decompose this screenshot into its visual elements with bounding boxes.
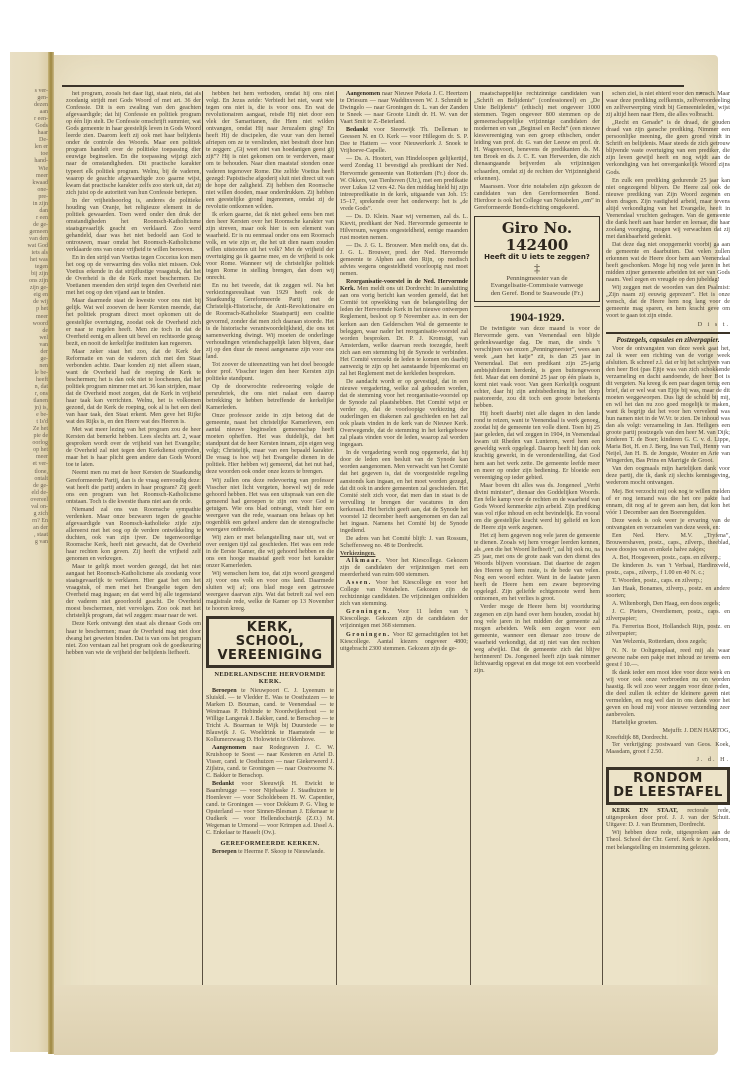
stamps-article: Voor de ontvangsten van deze week gaat h… bbox=[606, 346, 730, 727]
paragraph: En in den strijd van Voetius tegen Cocce… bbox=[66, 255, 201, 297]
paragraph: Maar te gelijk moet worden gezegd, dat h… bbox=[66, 564, 201, 620]
fragment: eld de- bbox=[12, 490, 48, 497]
jubilee-article-title: 1904-1929. bbox=[474, 310, 600, 324]
initials-signature: J. d. H. bbox=[606, 757, 730, 764]
divider bbox=[474, 306, 600, 307]
giro-line-3: den Geref. Bond te Suawoude (Fr.) bbox=[477, 290, 597, 298]
fragment: iets als bbox=[12, 250, 48, 257]
fragment: meer bbox=[12, 454, 48, 461]
column-rule bbox=[602, 91, 603, 1011]
paragraph: Verder moge de Heere hem bij voortduring… bbox=[474, 604, 600, 674]
newspaper-page: het program, zooals het daar ligt, staat… bbox=[54, 55, 718, 1055]
paragraph: A. Wiltenborgh, Den Haag, een doos zegel… bbox=[606, 601, 730, 608]
paragraph: A. Bot, Hoogeveen, postz., caps. en zilv… bbox=[606, 555, 730, 562]
church-news-paragraphs: — Ds. A. Hootert, van Hindeloopen gelijk… bbox=[340, 156, 468, 278]
fragment: het was bbox=[12, 257, 48, 264]
fragment: van den bbox=[12, 236, 48, 243]
fragment: g van bbox=[12, 539, 48, 546]
fragment: e be- bbox=[12, 412, 48, 419]
paragraph: Deze week is ook weer je ervaring van de… bbox=[606, 518, 730, 532]
paragraph: Wij zeggen met de woorden van den Psalmi… bbox=[606, 285, 730, 320]
paragraph: N. N. te Ooltgensplaat, reed mij als waa… bbox=[606, 648, 730, 669]
signature-address: Kreeftdijk 88, Dordrecht. bbox=[606, 735, 730, 742]
fragment: Wie bbox=[12, 166, 48, 173]
paragraph: De kinderen Js. van 't Verbaal, Hardinxv… bbox=[606, 563, 730, 577]
fragment: overeel bbox=[12, 497, 48, 504]
fragment: bij zijn bbox=[12, 271, 48, 278]
item-label: Groningen. bbox=[346, 609, 391, 615]
paragraph: Ik dank ieder een mooi idee voor deze we… bbox=[606, 670, 730, 719]
paragraph: Neemt men nu met de heer Kersten de Staa… bbox=[66, 470, 201, 505]
fragment: de ge- bbox=[12, 222, 48, 229]
paragraph: Met wat meer lezing van het program zou … bbox=[66, 427, 201, 469]
fragment: woord bbox=[12, 321, 48, 328]
author-signature: D i s t. bbox=[606, 322, 730, 329]
fragment: jn) is, bbox=[12, 405, 48, 412]
paragraph: Wij zullen ons deze redevoering van prof… bbox=[206, 478, 334, 534]
fragment: heeft bbox=[12, 377, 48, 384]
news-item: Aangenomen naar Rodegraven J. C. W. Krui… bbox=[206, 745, 334, 780]
item-label: Alkmaar. bbox=[346, 558, 382, 564]
elections-heading: Verkiezingen. bbox=[340, 551, 468, 558]
fragment: dan bbox=[12, 208, 48, 215]
fragment: p het bbox=[12, 306, 48, 313]
item-text: te Heerme F. Skoop te Nieuwlande. bbox=[237, 849, 325, 855]
fragment: de bbox=[12, 328, 48, 335]
paragraph: Het zij hem gegeven nog vele jaren de ge… bbox=[474, 533, 600, 603]
item-label: Aangenomen bbox=[346, 91, 380, 97]
page-bottom-margin bbox=[54, 985, 718, 1055]
fragment: len er bbox=[12, 144, 48, 151]
fragment: r een bbox=[12, 215, 48, 222]
paragraph: Jan Haak, Bonames, zilverp., postz. en a… bbox=[606, 586, 730, 600]
fragment: r een- bbox=[12, 116, 48, 123]
paragraph: het program, zooals het daar ligt, staat… bbox=[66, 91, 201, 197]
paragraph: Maar daarmede staat de kwestie voor ons … bbox=[66, 298, 201, 347]
paragraph: schen ziel, is niet ehterd voor den mens… bbox=[606, 91, 730, 119]
fragment: pre- bbox=[12, 194, 48, 201]
paragraph: Voor de ontvangsten van deze week gaat h… bbox=[606, 346, 730, 466]
fragment: zijn ge- bbox=[12, 285, 48, 292]
paragraph: Van Welzenis, Rotterdam, doos zegels; bbox=[606, 639, 730, 646]
paragraph: — Ds. J. G. L. Brouwer. Men meldt ons, d… bbox=[340, 243, 468, 278]
fragment: oorlog bbox=[12, 440, 48, 447]
fragment: r, ons bbox=[12, 391, 48, 398]
section-head-hervormde: NEDERLANDSCHE HERVORMDE KERK. bbox=[206, 671, 334, 685]
hervormde-kerk-news: Beroepen te Nieuwpoort C. J. Lyeenum te … bbox=[206, 688, 334, 838]
fragment: Gods bbox=[12, 123, 48, 130]
fragment: der bbox=[12, 349, 48, 356]
fragment: de wij bbox=[12, 299, 48, 306]
fragment: aan bbox=[12, 109, 48, 116]
fragment: wel bbox=[12, 335, 48, 342]
previous-page-text-fragments: s ver-gen-dezenaanr een-GodshaarDe-len e… bbox=[12, 88, 48, 1048]
fragment: meer bbox=[12, 173, 48, 180]
fragment: an der bbox=[12, 525, 48, 532]
column-rule bbox=[470, 91, 471, 1011]
book-title: KERK EN STAAT, bbox=[612, 808, 678, 814]
fragment: s ver- bbox=[12, 88, 48, 95]
fragment: n, dat bbox=[12, 384, 48, 391]
item-text: voor Sleeuwijk H. Ewickt te Baambrugge —… bbox=[206, 781, 334, 836]
paragraph: — Ds. D. Klein. Naar wij vernemen, zal d… bbox=[340, 214, 468, 242]
paragraph: En nu het tweede, dat ik zeggen wil. Na … bbox=[206, 283, 334, 361]
fragment: op het bbox=[12, 447, 48, 454]
item-label: Aangenomen bbox=[212, 745, 246, 751]
rondom-de-leestafel-banner: RONDOM DE LEESTAFEL bbox=[606, 767, 730, 805]
news-item: Groningen. Voor 82 gemachtigden tot het … bbox=[340, 632, 468, 653]
fragment: toe bbox=[12, 151, 48, 158]
paragraph: Tot zoover de uiteenzetting van het doel… bbox=[206, 362, 334, 383]
fragment: De- bbox=[12, 137, 48, 144]
news-item: Aangenomen naar Nieuwe Pekela J. C. Heer… bbox=[340, 91, 468, 126]
giro-number: Giro No. 142400 bbox=[477, 220, 597, 254]
paragraph: Fa. Ferrerius Boot, Hollandsch Rijn, pos… bbox=[606, 624, 730, 638]
book-review: KERK EN STAAT, rectorale rede, uitgespro… bbox=[606, 808, 730, 829]
item-text: te Nieuwpoort C. J. Lyeenum te Sluiskil.… bbox=[206, 688, 334, 743]
item-label: Bedankt bbox=[346, 127, 368, 133]
item-label: Assen. bbox=[346, 580, 372, 586]
banner-line-2: VEREENIGING bbox=[212, 649, 328, 663]
giro-advertisement: Giro No. 142400 Heeft dit U iets te zegg… bbox=[474, 216, 600, 302]
paragraph: Niemand zal ons van Roomsche sympathie v… bbox=[66, 507, 201, 563]
fragment: haar bbox=[12, 130, 48, 137]
paragraph: Op de doorwrochte redevoering volgde de … bbox=[206, 384, 334, 412]
divider bbox=[606, 332, 730, 334]
column-5: schen ziel, is niet ehterd voor den mens… bbox=[606, 91, 730, 1011]
stamps-article-title: Postzegels, capsules en zilverpapier. bbox=[606, 337, 730, 344]
giro-line-2: Evangelisatie-Commissie vanwege bbox=[477, 282, 597, 290]
elections-list: Alkmaar. Voor het Kiescollege. Gekozen z… bbox=[340, 558, 468, 653]
paragraph: Wij zien er met belangstelling naar uit,… bbox=[206, 535, 334, 570]
item-label: Bedankt bbox=[212, 781, 234, 787]
fragment: le be- bbox=[12, 370, 48, 377]
top-rule bbox=[62, 85, 684, 87]
fragment: rn? En bbox=[12, 518, 48, 525]
paragraph: Wij wenschen hem toe, dat zijn woord gez… bbox=[206, 571, 334, 613]
column-2-article: hebben het hem verboden, omdat hij ons n… bbox=[206, 91, 334, 613]
fragment: pie de bbox=[12, 433, 48, 440]
column-rule bbox=[336, 91, 337, 1011]
column-1-article: het program, zooals het daar ligt, staat… bbox=[66, 91, 201, 1011]
giro-line-1: Penningmeester van de bbox=[477, 275, 597, 283]
item-label: Groningen. bbox=[346, 632, 391, 638]
kerk-school-vereeniging-banner: KERK, SCHOOL, VEREENIGING bbox=[206, 616, 334, 668]
fragment: one- bbox=[12, 187, 48, 194]
church-calls-list: Aangenomen naar Nieuwe Pekela J. C. Heer… bbox=[340, 91, 468, 155]
news-item: Beroepen te Heerme F. Skoop te Nieuwland… bbox=[206, 849, 334, 856]
fragment: tegen bbox=[12, 264, 48, 271]
paragraph: Ik erken gaarne, dat ik niet geheel eens… bbox=[206, 212, 334, 282]
fragment: in zijn bbox=[12, 201, 48, 208]
fragment: ontalt bbox=[12, 476, 48, 483]
fragment: wat God bbox=[12, 243, 48, 250]
paragraph: „Recht en Genade” is de draad, de gouden… bbox=[606, 120, 730, 176]
jubilee-article-continued: schen ziel, is niet ehterd voor den mens… bbox=[606, 91, 730, 321]
giro-question: Heeft dit U iets te zeggen? bbox=[477, 254, 597, 261]
paragraph: Onze professor zeide in zijn betoog dat … bbox=[206, 413, 334, 476]
fragment: , staat bbox=[12, 532, 48, 539]
fragment: van bbox=[12, 342, 48, 349]
dagger-icon: ‡ bbox=[477, 261, 597, 275]
banner-line-1: RONDOM bbox=[612, 772, 724, 786]
news-item: Groningen. Voor 11 leden van 't Kiescoll… bbox=[340, 609, 468, 630]
news-item: Bedankt voor Steenwijk Th. Delleman te G… bbox=[340, 127, 468, 155]
item-label: Beroepen bbox=[212, 849, 237, 855]
fragment: de ge- bbox=[12, 483, 48, 490]
fragment: nen bbox=[12, 363, 48, 370]
fragment: ge- bbox=[12, 356, 48, 363]
fragment: tlone, bbox=[12, 469, 48, 476]
paragraph: In der vrijheidsoorlog is, anderes de po… bbox=[66, 198, 201, 254]
reorganisation-text-3: In de vergadering wordt nog opgemerkt, d… bbox=[340, 450, 468, 535]
paragraph: hebben het hem verboden, omdat hij ons n… bbox=[206, 91, 334, 211]
news-item: Assen. Voor het Kiescollege en voor het … bbox=[340, 580, 468, 608]
reorganisation-article: Reorganisatie-voorstel in de Ned. Hervor… bbox=[340, 279, 468, 378]
paragraph: De twintigste van deze maand is voor de … bbox=[474, 326, 600, 411]
book-review-body: Wij hebben deze rede, uitgesproken aan d… bbox=[606, 830, 730, 851]
paragraph: Maar zeker staat het zoo, dat de Kerk de… bbox=[66, 349, 201, 427]
fragment: meer bbox=[12, 314, 48, 321]
paragraph: Een Ned. Herv. M.V. „Tryfena”, Brouwersh… bbox=[606, 533, 730, 554]
fragment: Ze het bbox=[12, 426, 48, 433]
news-item: Bedankt voor Sleeuwijk H. Ewickt te Baam… bbox=[206, 781, 334, 837]
paragraph: maatschappelijke rechtzinnige candidaten… bbox=[474, 91, 600, 183]
paragraph: Maar boven dit alles was ds. Jongeneel „… bbox=[474, 483, 600, 532]
reorganisation-text-2: De aandacht wordt er op gevestigd, dat i… bbox=[340, 379, 468, 449]
fragment: et ver- bbox=[12, 461, 48, 468]
paragraph: J. C. Pieters, Overdiemen, postz., caps.… bbox=[606, 609, 730, 623]
fragment: hand- bbox=[12, 158, 48, 165]
fragment: val on- bbox=[12, 504, 48, 511]
request-note: Ter verkrijging: postwaard van Geos. Koe… bbox=[606, 742, 730, 756]
fragment: dezen bbox=[12, 102, 48, 109]
fragment: t Is'd bbox=[12, 419, 48, 426]
paragraph: Maarssen. Voor drie notabelen zijn gekoz… bbox=[474, 184, 600, 212]
column-4: maatschappelijke rechtzinnige candidaten… bbox=[474, 91, 600, 1011]
paragraph: Mej. Bot verzocht mij ook nog te willen … bbox=[606, 489, 730, 517]
news-item: Beroepen te Nieuwpoort C. J. Lyeenum te … bbox=[206, 688, 334, 744]
fragment: kwaad bbox=[12, 180, 48, 187]
committee-address: De adres van het Comité blijft: J. van R… bbox=[340, 536, 468, 550]
column-2: hebben het hem verboden, omdat hij ons n… bbox=[206, 91, 334, 1011]
column-rule bbox=[202, 91, 203, 1011]
banner-line-1: KERK, SCHOOL, bbox=[212, 621, 328, 649]
paragraph: T. Woorden, postz., caps. en zilverp.; bbox=[606, 578, 730, 585]
fragment: gemeen bbox=[12, 229, 48, 236]
jubilee-article: De twintigste van deze maand is voor de … bbox=[474, 326, 600, 675]
elections-continued: maatschappelijke rechtzinnige candidaten… bbox=[474, 91, 600, 212]
column-3: Aangenomen naar Nieuwe Pekela J. C. Heer… bbox=[340, 91, 468, 1011]
paragraph: Dat deze dag niet onopgemerkt voorbij ga… bbox=[606, 242, 730, 284]
paragraph: — Ds. A. Hootert, van Hindeloopen gelijk… bbox=[340, 156, 468, 212]
paragraph: En zulk een prediking gedurende 25 jaar … bbox=[606, 178, 730, 241]
paragraph: Deze Kerk ontvangt den staat als dienaar… bbox=[66, 621, 201, 656]
banner-line-2: DE LEESTAFEL bbox=[612, 786, 724, 800]
fragment: g zich bbox=[12, 511, 48, 518]
paragraph: Hartelijke groeten. bbox=[606, 720, 730, 727]
paragraph: Van den oogmaals mijn hartelijken dank v… bbox=[606, 466, 730, 487]
section-head-gereformeerde: GEREFORMEERDE KERKEN. bbox=[206, 840, 334, 847]
gereformeerde-kerk-news: Beroepen te Heerme F. Skoop te Nieuwland… bbox=[206, 849, 334, 856]
paragraph: Hij hoeft daarbij niet alle dagen in den… bbox=[474, 411, 600, 481]
news-item: Alkmaar. Voor het Kiescollege. Gekozen z… bbox=[340, 558, 468, 579]
item-label: Beroepen bbox=[212, 688, 237, 694]
reorganisation-text: Men meldt ons uit Dordrecht: In aansluit… bbox=[340, 286, 468, 377]
fragment: ons zijn bbox=[12, 278, 48, 285]
fragment: gen- bbox=[12, 95, 48, 102]
fragment: eig en bbox=[12, 292, 48, 299]
